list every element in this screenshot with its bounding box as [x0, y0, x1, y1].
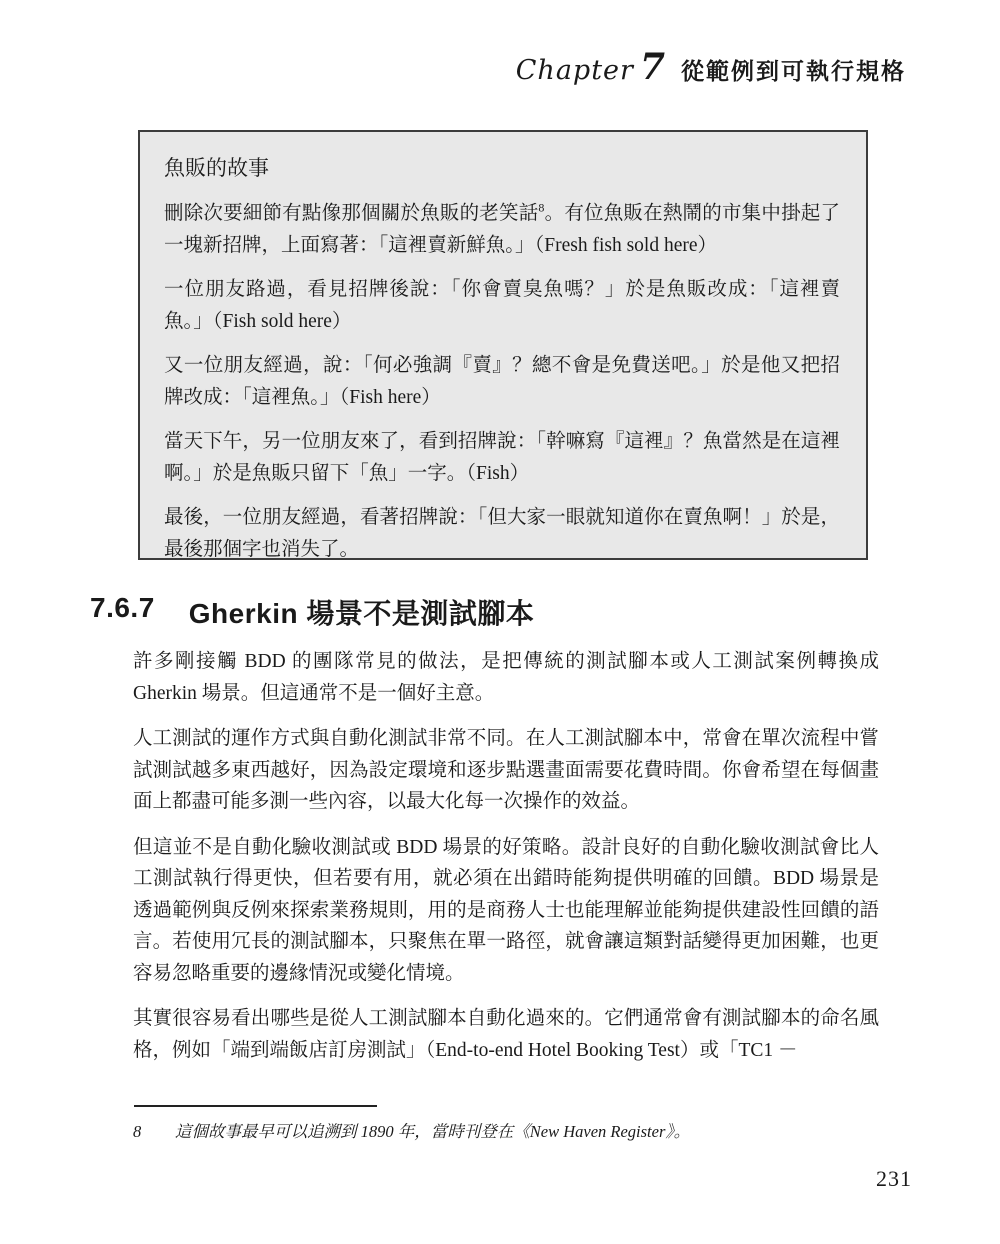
section-title: Gherkin 場景不是測試腳本 [189, 592, 535, 632]
page-header: Chapter 7 從範例到可執行規格 [516, 46, 906, 88]
chapter-number: 7 [640, 46, 665, 88]
story-box: 魚販的故事 刪除次要細節有點像那個關於魚販的老笑話8。有位魚販在熱鬧的市集中掛起… [138, 130, 868, 560]
story-p1-text: 刪除次要細節有點像那個關於魚販的老笑話 [164, 203, 538, 224]
footnote-book-title: New Haven Register [530, 1122, 666, 1141]
story-paragraph: 刪除次要細節有點像那個關於魚販的老笑話8。有位魚販在熱鬧的市集中掛起了一塊新招牌… [164, 198, 840, 261]
body-paragraph: 其實很容易看出哪些是從人工測試腳本自動化過來的。它們通常會有測試腳本的命名風格，… [133, 1003, 879, 1066]
body-paragraph: 人工測試的運作方式與自動化測試非常不同。在人工測試腳本中，常會在單次流程中嘗試測… [133, 723, 879, 818]
story-paragraph: 當天下午，另一位朋友來了，看到招牌說：「幹嘛寫『這裡』？魚當然是在這裡啊。」於是… [164, 426, 840, 489]
chapter-word: Chapter [516, 55, 634, 86]
story-paragraph: 一位朋友路過，看見招牌後說：「你會賣臭魚嗎？」於是魚販改成：「這裡賣魚。」（Fi… [164, 274, 840, 337]
body-text: 許多剛接觸 BDD 的團隊常見的做法，是把傳統的測試腳本或人工測試案例轉換成 G… [133, 646, 879, 1080]
chapter-title: 從範例到可執行規格 [681, 53, 906, 86]
footnote-separator [134, 1105, 377, 1107]
story-box-title: 魚販的故事 [164, 152, 840, 182]
section-number: 7.6.7 [90, 592, 155, 632]
section-heading: 7.6.7 Gherkin 場景不是測試腳本 [90, 592, 534, 632]
footnote: 8這個故事最早可以追溯到 1890 年，當時刊登在《New Haven Regi… [133, 1119, 883, 1145]
body-paragraph: 但這並不是自動化驗收測試或 BDD 場景的好策略。設計良好的自動化驗收測試會比人… [133, 832, 879, 990]
page-number: 231 [876, 1166, 912, 1192]
footnote-text-after: 》。 [665, 1122, 690, 1141]
chapter-label: Chapter 7 [516, 46, 665, 88]
story-paragraph: 又一位朋友經過，說：「何必強調『賣』？總不會是免費送吧。」於是他又把招牌改成：「… [164, 350, 840, 413]
footnote-number: 8 [133, 1119, 175, 1145]
body-paragraph: 許多剛接觸 BDD 的團隊常見的做法，是把傳統的測試腳本或人工測試案例轉換成 G… [133, 646, 879, 709]
footnote-text: 這個故事最早可以追溯到 1890 年，當時刊登在《 [175, 1122, 530, 1141]
story-paragraph: 最後，一位朋友經過，看著招牌說：「但大家一眼就知道你在賣魚啊！」於是，最後那個字… [164, 502, 840, 565]
